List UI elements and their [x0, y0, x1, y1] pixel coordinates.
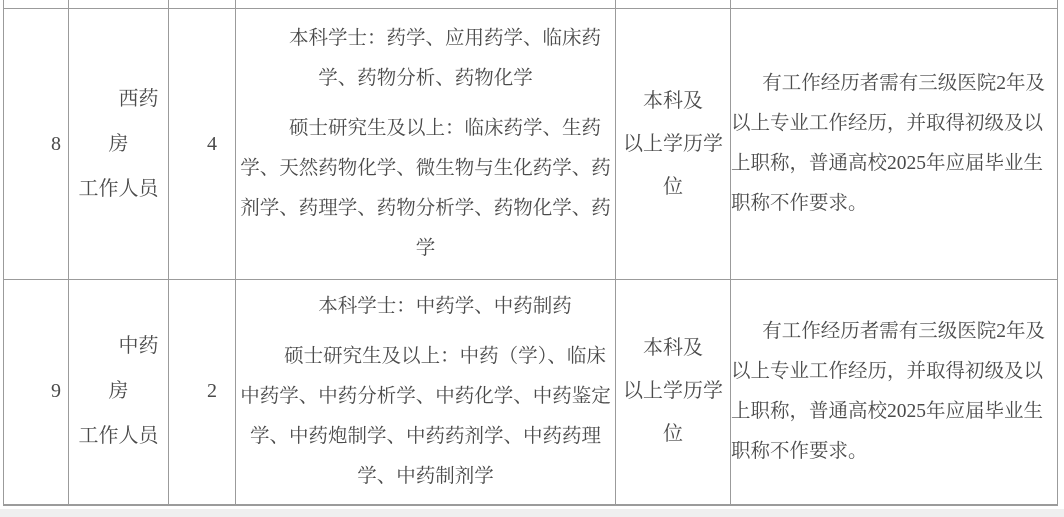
- major-requirements-cell: 本科学士：中药学、中药制药 硕士研究生及以上：中药（学）、临床 中药学、中药分析…: [236, 280, 616, 505]
- partial-cell: [616, 0, 731, 9]
- partial-cell: [69, 0, 169, 9]
- partial-cell: [731, 0, 1058, 9]
- table-row-position-8: 8 西药房 工作人员 4 本科学士：药学、应用药学、临床药 学、药物分析、药物化…: [4, 9, 1058, 280]
- major-requirements-cell: 本科学士：药学、应用药学、临床药 学、药物分析、药物化学 硕士研究生及以上：临床…: [236, 9, 616, 280]
- headcount-cell: 2: [169, 280, 236, 505]
- degree-requirement-cell: 本科及 以上学历学 位: [616, 280, 731, 505]
- partial-cell: [4, 0, 69, 9]
- other-requirements-cell: 有工作经历者需有三级医院2年及 以上专业工作经历，并取得初级及以 上职称，普通高…: [731, 280, 1058, 505]
- position-name-cell: 西药房 工作人员: [69, 9, 169, 280]
- table-row-position-9: 9 中药房 工作人员 2 本科学士：中药学、中药制药 硕士研究生及以上：中药（学…: [4, 280, 1058, 505]
- position-name-cell: 中药房 工作人员: [69, 280, 169, 505]
- partial-top-row: [4, 0, 1058, 9]
- headcount-cell: 4: [169, 9, 236, 280]
- bachelor-majors-text: 本科学士：中药学、中药制药: [236, 287, 615, 327]
- partial-cell: [169, 0, 236, 9]
- bachelor-majors-text: 本科学士：药学、应用药学、临床药 学、药物分析、药物化学: [236, 19, 615, 99]
- page-bottom-strip: [0, 509, 1064, 517]
- other-requirements-cell: 有工作经历者需有三级医院2年及 以上专业工作经历，并取得初级及以 上职称，普通高…: [731, 9, 1058, 280]
- master-majors-text: 硕士研究生及以上：中药（学）、临床 中药学、中药分析学、中药化学、中药鉴定 学、…: [236, 337, 615, 497]
- row-number-cell: 9: [4, 280, 69, 505]
- row-number-cell: 8: [4, 9, 69, 280]
- master-majors-text: 硕士研究生及以上：临床药学、生药 学、天然药物化学、微生物与生化药学、药 剂学、…: [236, 109, 615, 269]
- degree-requirement-cell: 本科及 以上学历学 位: [616, 9, 731, 280]
- partial-cell: [236, 0, 616, 9]
- recruitment-table: 8 西药房 工作人员 4 本科学士：药学、应用药学、临床药 学、药物分析、药物化…: [3, 0, 1058, 506]
